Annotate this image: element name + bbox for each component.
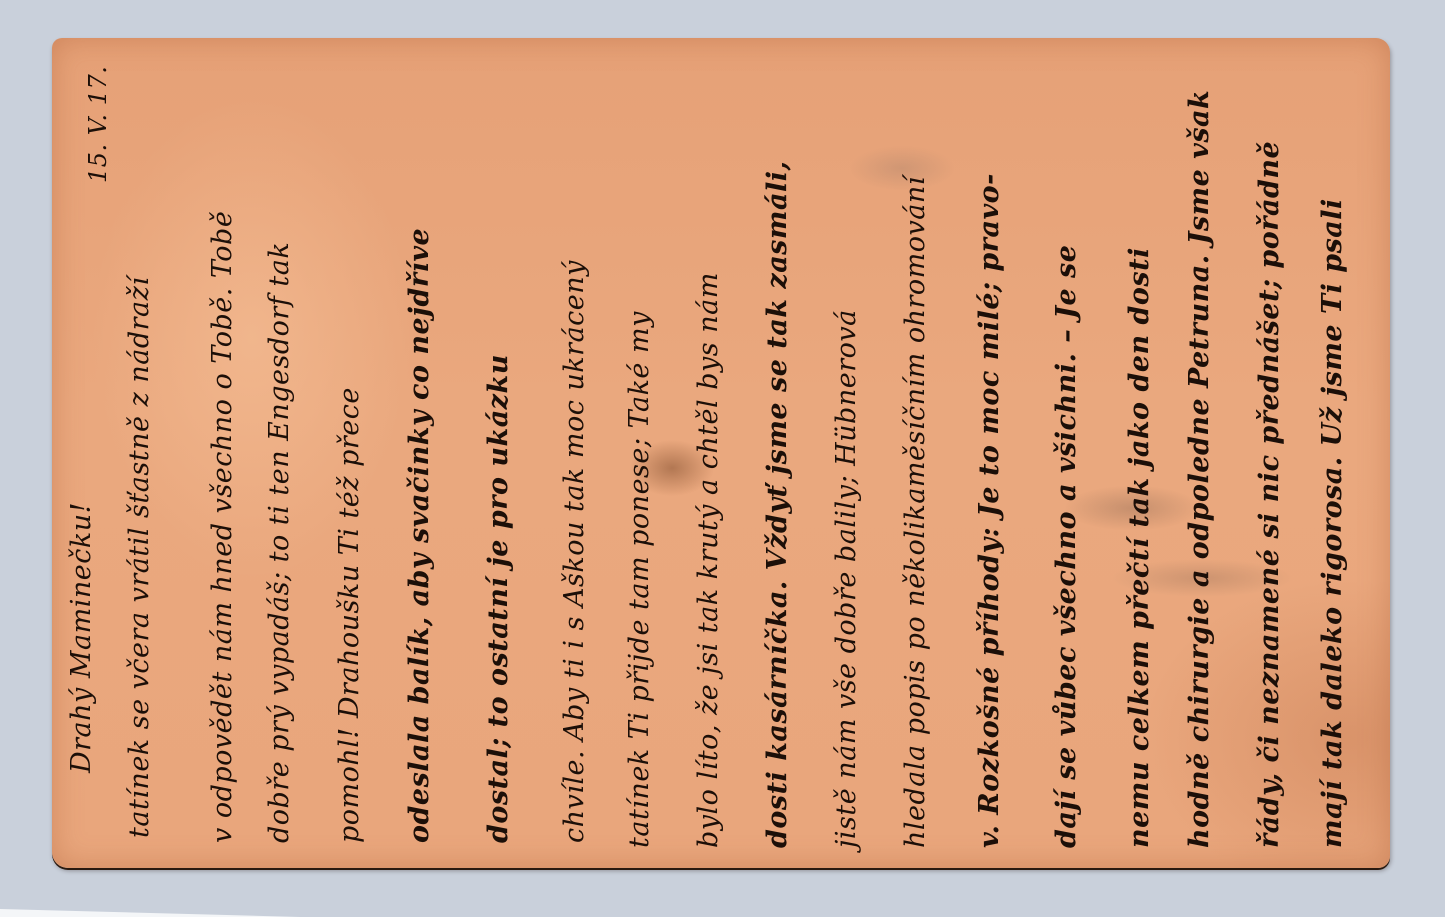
greeting-text: Drahý Maminečku!	[66, 502, 98, 773]
letter-line-5: odeslala balík, aby svačinky co nejdříve	[404, 228, 436, 843]
letter-line-18: mají tak daleko rigorosa. Už jsme Ti psa…	[1317, 198, 1349, 848]
letter-line-3: dobře prý vypadáš; to ti ten Engesdorf t…	[264, 242, 296, 843]
letter-line-17: řády, či neznamené si nic přednášet; poř…	[1254, 141, 1286, 848]
postcard: 15. V. 17. Drahý Maminečku! tatínek se v…	[52, 38, 1390, 868]
letter-line-14: dají se vůbec všechno a všichni. – Je se	[1051, 245, 1083, 848]
letter-line-13: v. Rozkošné příhody: Je to moc milé; pra…	[974, 173, 1006, 848]
letter-line-6: dostal; to ostatní je pro ukázku	[483, 354, 515, 843]
letter-line-12: hledala popis po několikaměsíčním ohromo…	[900, 176, 932, 848]
letter-line-16: hodně chirurgie a odpoledne Petruna. Jsm…	[1184, 90, 1216, 848]
letter-line-15: nemu celkem přečtí tak jako den dosti	[1124, 247, 1156, 848]
letter-line-7: chvíle. Aby ti i s Aškou tak moc ukrácen…	[559, 260, 591, 843]
letter-line-4: pomohl! Drahoušku Ti též přece	[334, 387, 366, 843]
letter-line-10: dosti kasárníčka. Vždyť jsme se tak zasm…	[762, 161, 794, 848]
letter-line-9: bylo líto, že jsi tak krutý a chtěl bys …	[693, 272, 725, 848]
date-text: 15. V. 17.	[82, 66, 114, 183]
letter-line-2: v odpovědět nám hned všechno o Tobě. Tob…	[207, 211, 239, 843]
letter-line-11: jistě nám vše dobře balily; Hübnerová	[831, 309, 863, 848]
letter-line-8: tatínek Ti přijde tam ponese; Také my	[624, 311, 656, 848]
background-highlight	[0, 897, 300, 917]
letter-line-1: tatínek se včera vrátil šťastně z nádraž…	[124, 277, 156, 838]
